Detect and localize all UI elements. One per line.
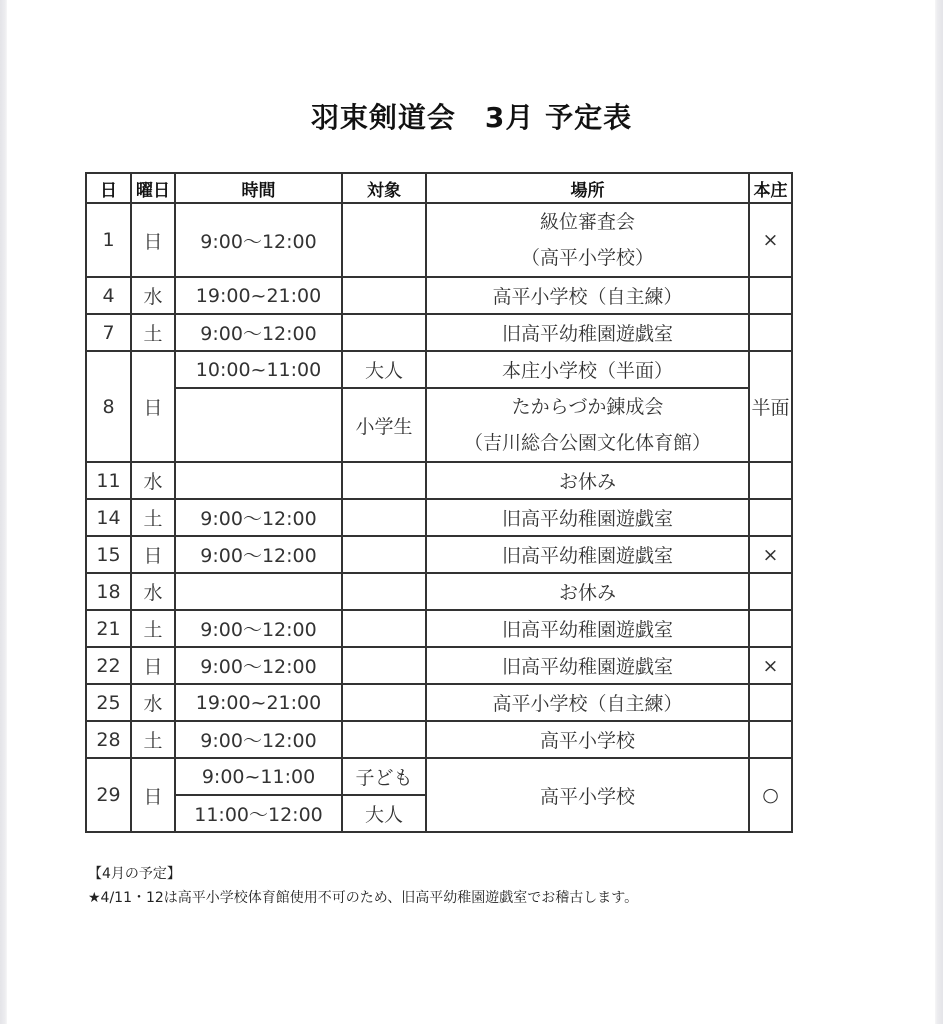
cell-time: 19:00~21:00 <box>175 684 342 721</box>
cell-honjo: × <box>749 536 792 573</box>
cell-honjo <box>749 314 792 351</box>
page-edge-left <box>0 0 7 1024</box>
cell-day: 28 <box>86 721 131 758</box>
cell-weekday: 日 <box>131 203 175 277</box>
cell-place: 本庄小学校（半面） <box>426 351 749 388</box>
cell-day: 29 <box>86 758 131 832</box>
cell-place: 高平小学校 <box>426 758 749 832</box>
cell-place: 級位審査会 （高平小学校） <box>426 203 749 277</box>
header-honjo: 本庄 <box>749 173 792 203</box>
cell-time <box>175 388 342 462</box>
header-weekday: 曜日 <box>131 173 175 203</box>
cell-place: 旧高平幼稚園遊戯室 <box>426 610 749 647</box>
cell-honjo: ○ <box>749 758 792 832</box>
cell-day: 22 <box>86 647 131 684</box>
cell-place: たからづか錬成会 （吉川総合公園文化体育館） <box>426 388 749 462</box>
cell-day: 4 <box>86 277 131 314</box>
cell-place: 旧高平幼稚園遊戯室 <box>426 536 749 573</box>
cell-day: 11 <box>86 462 131 499</box>
cell-day: 7 <box>86 314 131 351</box>
cell-time: 10:00~11:00 <box>175 351 342 388</box>
cell-place: 旧高平幼稚園遊戯室 <box>426 314 749 351</box>
cell-time: 11:00〜12:00 <box>175 795 342 832</box>
cell-honjo <box>749 573 792 610</box>
table-row: 15 日 9:00〜12:00 旧高平幼稚園遊戯室 × <box>86 536 792 573</box>
cell-day: 8 <box>86 351 131 462</box>
cell-target: 子ども <box>342 758 426 795</box>
cell-time: 19:00~21:00 <box>175 277 342 314</box>
cell-weekday: 土 <box>131 610 175 647</box>
cell-day: 18 <box>86 573 131 610</box>
table-row: 7 土 9:00〜12:00 旧高平幼稚園遊戯室 <box>86 314 792 351</box>
cell-time: 9:00〜12:00 <box>175 314 342 351</box>
cell-day: 14 <box>86 499 131 536</box>
notes-heading: 【4月の予定】 <box>88 862 638 886</box>
cell-time: 9:00〜12:00 <box>175 203 342 277</box>
cell-target <box>342 536 426 573</box>
cell-target <box>342 684 426 721</box>
cell-target: 大人 <box>342 795 426 832</box>
place-line-2: （高平小学校） <box>427 240 748 276</box>
table-row: 29 日 9:00~11:00 子ども 高平小学校 ○ <box>86 758 792 795</box>
cell-place: 旧高平幼稚園遊戯室 <box>426 499 749 536</box>
cell-target <box>342 314 426 351</box>
place-line-2: （吉川総合公園文化体育館） <box>427 425 748 461</box>
cell-time: 9:00〜12:00 <box>175 610 342 647</box>
table-row: 11 水 お休み <box>86 462 792 499</box>
cell-day: 25 <box>86 684 131 721</box>
place-line-1: 級位審査会 <box>427 204 748 240</box>
cell-time <box>175 462 342 499</box>
table-row: 28 土 9:00〜12:00 高平小学校 <box>86 721 792 758</box>
table-header-row: 日 曜日 時間 対象 場所 本庄 <box>86 173 792 203</box>
cell-target <box>342 499 426 536</box>
cell-place: 高平小学校 <box>426 721 749 758</box>
cell-target <box>342 721 426 758</box>
page-title: 羽束剣道会 3月 予定表 <box>0 96 943 136</box>
table-row: 21 土 9:00〜12:00 旧高平幼稚園遊戯室 <box>86 610 792 647</box>
header-time: 時間 <box>175 173 342 203</box>
cell-target <box>342 462 426 499</box>
header-target: 対象 <box>342 173 426 203</box>
cell-target: 大人 <box>342 351 426 388</box>
cell-target <box>342 647 426 684</box>
cell-weekday: 土 <box>131 314 175 351</box>
cell-honjo <box>749 610 792 647</box>
cell-day: 15 <box>86 536 131 573</box>
cell-weekday: 日 <box>131 647 175 684</box>
cell-time: 9:00〜12:00 <box>175 721 342 758</box>
cell-time <box>175 573 342 610</box>
cell-place: お休み <box>426 462 749 499</box>
notes-section: 【4月の予定】 ★4/11・12は高平小学校体育館使用不可のため、旧高平幼稚園遊… <box>88 862 638 910</box>
cell-weekday: 土 <box>131 721 175 758</box>
header-day: 日 <box>86 173 131 203</box>
cell-honjo <box>749 721 792 758</box>
table-row: 1 日 9:00〜12:00 級位審査会 （高平小学校） × <box>86 203 792 277</box>
header-place: 場所 <box>426 173 749 203</box>
cell-place: 高平小学校（自主練） <box>426 277 749 314</box>
cell-target <box>342 277 426 314</box>
cell-weekday: 日 <box>131 351 175 462</box>
cell-honjo <box>749 277 792 314</box>
cell-place: お休み <box>426 573 749 610</box>
page-edge-right <box>935 0 943 1024</box>
cell-honjo: × <box>749 203 792 277</box>
cell-place: 高平小学校（自主練） <box>426 684 749 721</box>
cell-honjo: × <box>749 647 792 684</box>
cell-place: 旧高平幼稚園遊戯室 <box>426 647 749 684</box>
cell-weekday: 日 <box>131 536 175 573</box>
place-line-1: たからづか錬成会 <box>427 389 748 425</box>
cell-target <box>342 573 426 610</box>
table-row: 18 水 お休み <box>86 573 792 610</box>
notes-line: ★4/11・12は高平小学校体育館使用不可のため、旧高平幼稚園遊戯室でお稽古しま… <box>88 886 638 910</box>
cell-target <box>342 610 426 647</box>
cell-honjo: 半面 <box>749 351 792 462</box>
cell-honjo <box>749 684 792 721</box>
cell-target: 小学生 <box>342 388 426 462</box>
cell-weekday: 水 <box>131 573 175 610</box>
cell-weekday: 水 <box>131 462 175 499</box>
table-row: 22 日 9:00〜12:00 旧高平幼稚園遊戯室 × <box>86 647 792 684</box>
cell-weekday: 日 <box>131 758 175 832</box>
table-row: 25 水 19:00~21:00 高平小学校（自主練） <box>86 684 792 721</box>
schedule-table: 日 曜日 時間 対象 場所 本庄 1 日 9:00〜12:00 級位審査会 （高… <box>85 172 793 833</box>
table-row: 4 水 19:00~21:00 高平小学校（自主練） <box>86 277 792 314</box>
cell-weekday: 水 <box>131 684 175 721</box>
cell-honjo <box>749 499 792 536</box>
cell-day: 21 <box>86 610 131 647</box>
table-row: 14 土 9:00〜12:00 旧高平幼稚園遊戯室 <box>86 499 792 536</box>
cell-time: 9:00〜12:00 <box>175 536 342 573</box>
cell-weekday: 土 <box>131 499 175 536</box>
table-row: 8 日 10:00~11:00 大人 本庄小学校（半面） 半面 <box>86 351 792 388</box>
cell-time: 9:00~11:00 <box>175 758 342 795</box>
cell-time: 9:00〜12:00 <box>175 647 342 684</box>
cell-target <box>342 203 426 277</box>
cell-honjo <box>749 462 792 499</box>
table-row: 小学生 たからづか錬成会 （吉川総合公園文化体育館） <box>86 388 792 462</box>
cell-time: 9:00〜12:00 <box>175 499 342 536</box>
cell-weekday: 水 <box>131 277 175 314</box>
cell-day: 1 <box>86 203 131 277</box>
